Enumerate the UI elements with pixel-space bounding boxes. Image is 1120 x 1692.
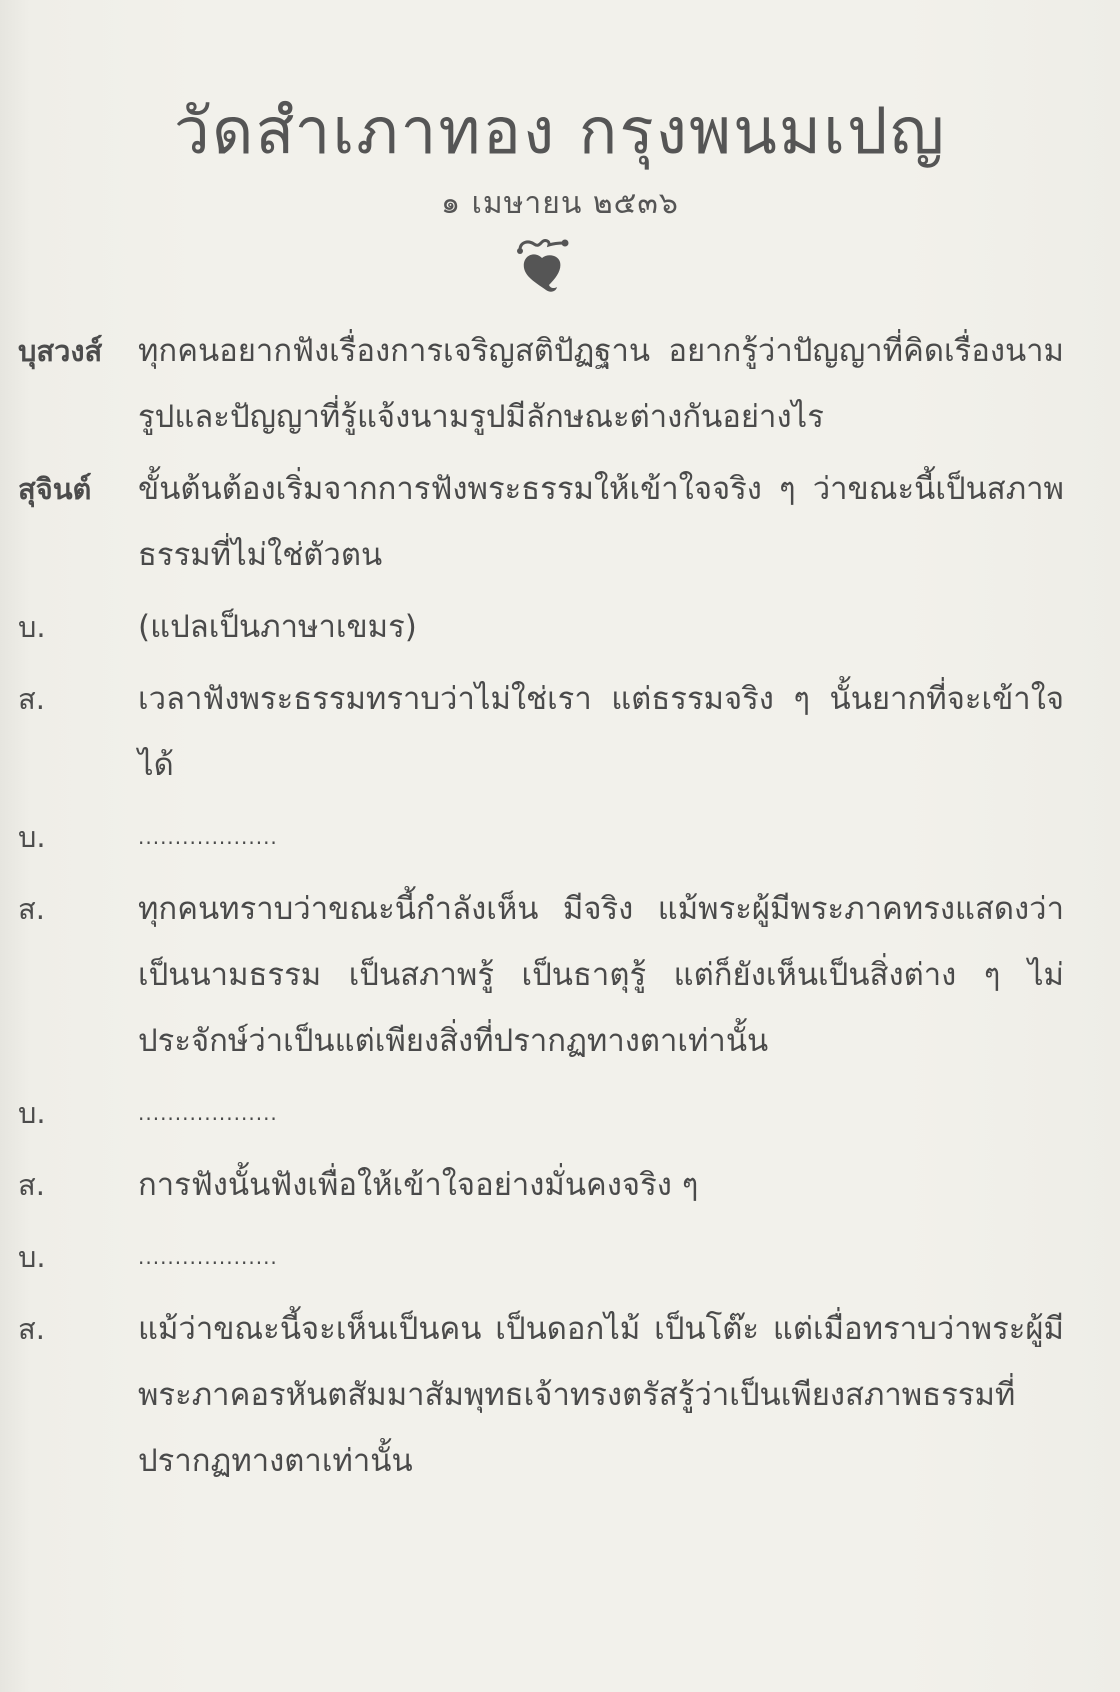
dialogue-turn: บุสวงส์ ทุกคนอยากฟังเรื่องการเจริญสติปัฏ… (18, 318, 1068, 450)
dialogue-turn: ส. แม้ว่าขณะนี้จะเห็นเป็นคน เป็นดอกไม้ เ… (18, 1296, 1068, 1494)
dialogue-turn: สุจินต์ ขั้นต้นต้องเริ่มจากการฟังพระธรรม… (18, 456, 1068, 588)
speaker-label: ส. (18, 666, 138, 732)
speech-placeholder-dots: ................... (138, 804, 1068, 870)
dialogue-turn: ส. การฟังนั้นฟังเพื่อให้เข้าใจอย่างมั่นค… (18, 1152, 1068, 1218)
speech-text: การฟังนั้นฟังเพื่อให้เข้าใจอย่างมั่นคงจร… (138, 1152, 1068, 1218)
speaker-label: บุสวงส์ (18, 318, 138, 384)
page-title: วัดสำเภาทอง กรุงพนมเปญ (0, 80, 1120, 182)
dialogue-turn: บ. (แปลเป็นภาษาเขมร) (18, 594, 1068, 660)
speech-placeholder-dots: ................... (138, 1224, 1068, 1290)
speaker-label: บ. (18, 594, 138, 660)
speech-text: เวลาฟังพระธรรมทราบว่าไม่ใช่เรา แต่ธรรมจร… (138, 666, 1068, 798)
speaker-label: ส. (18, 876, 138, 942)
dialogue-transcript: บุสวงส์ ทุกคนอยากฟังเรื่องการเจริญสติปัฏ… (18, 318, 1068, 1494)
speaker-label: ส. (18, 1296, 138, 1362)
speaker-label: บ. (18, 1080, 138, 1146)
dialogue-turn: บ. ................... (18, 1224, 1068, 1290)
book-page: วัดสำเภาทอง กรุงพนมเปญ ๑ เมษายน ๒๕๓๖ บุส… (0, 0, 1120, 1692)
speaker-label: สุจินต์ (18, 456, 138, 522)
dialogue-turn: บ. ................... (18, 1080, 1068, 1146)
dialogue-turn: ส. ทุกคนทราบว่าขณะนี้กำลังเห็น มีจริง แม… (18, 876, 1068, 1074)
speech-text: ทุกคนทราบว่าขณะนี้กำลังเห็น มีจริง แม้พร… (138, 876, 1068, 1074)
speech-text: ทุกคนอยากฟังเรื่องการเจริญสติปัฏฐาน อยาก… (138, 318, 1068, 450)
speaker-label: บ. (18, 804, 138, 870)
speaker-label: บ. (18, 1224, 138, 1290)
page-date: ๑ เมษายน ๒๕๓๖ (0, 180, 1120, 227)
speaker-label: ส. (18, 1152, 138, 1218)
speech-text: แม้ว่าขณะนี้จะเห็นเป็นคน เป็นดอกไม้ เป็น… (138, 1296, 1068, 1494)
speech-text: ขั้นต้นต้องเริ่มจากการฟังพระธรรมให้เข้าใ… (138, 456, 1068, 588)
dialogue-turn: บ. ................... (18, 804, 1068, 870)
speech-text: (แปลเป็นภาษาเขมร) (138, 594, 1068, 660)
speech-placeholder-dots: ................... (138, 1080, 1068, 1146)
dialogue-turn: ส. เวลาฟังพระธรรมทราบว่าไม่ใช่เรา แต่ธรร… (18, 666, 1068, 798)
heart-leaf-ornament-icon (512, 236, 572, 296)
